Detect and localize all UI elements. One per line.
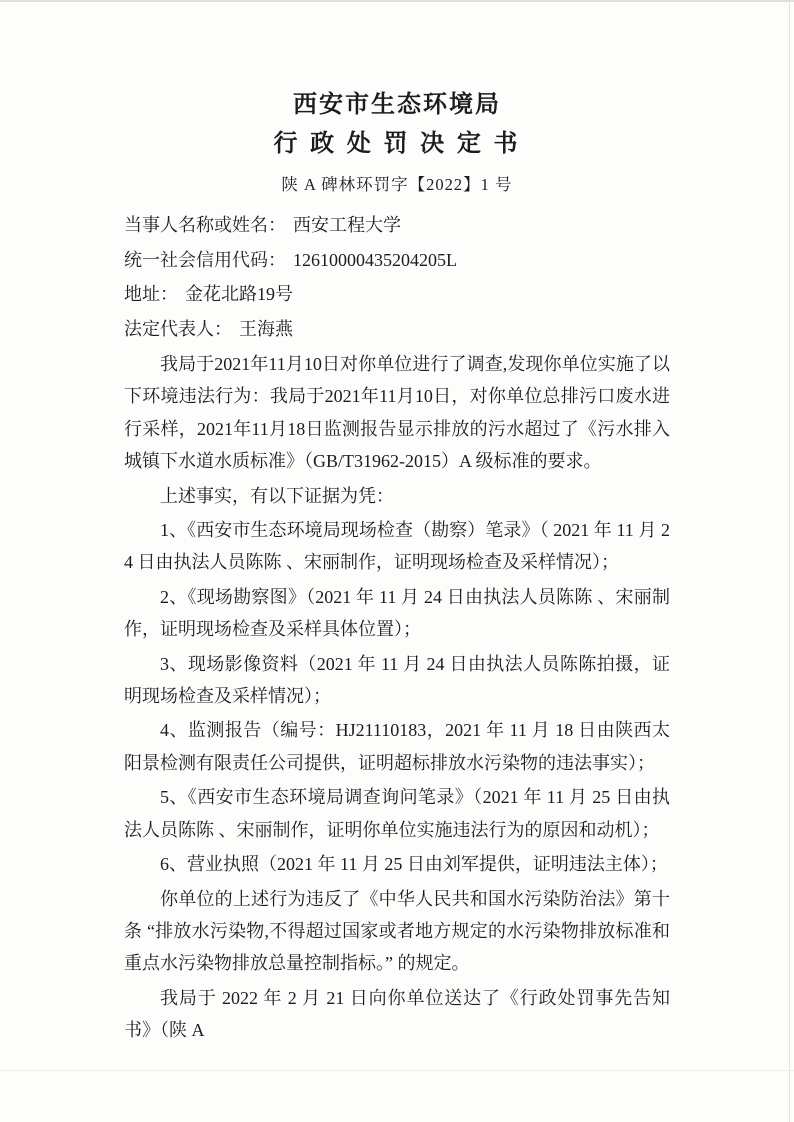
document-number: 陕 A 碑林环罚字【2022】1 号 — [0, 174, 794, 196]
document-header: 西安市生态环境局 行 政 处 罚 决 定 书 陕 A 碑林环罚字【2022】1 … — [0, 0, 794, 196]
document-body: 当事人名称或姓名：西安工程大学 统一社会信用代码：126100004352042… — [124, 208, 670, 1047]
paragraph-evidence-2: 2、《现场勘察图》（2021 年 11 月 24 日由执法人员陈陈 、宋丽制作，… — [124, 581, 670, 646]
document-paragraphs: 我局于2021年11月10日对你单位进行了调查,发现你单位实施了以下环境违法行为… — [124, 348, 670, 1047]
issuing-authority: 西安市生态环境局 — [0, 90, 794, 120]
scan-edge-right — [789, 0, 790, 1122]
field-address: 地址：金花北路19号 — [124, 277, 670, 312]
paragraph-evidence-6: 6、营业执照（2021 年 11 月 25 日由刘军提供，证明违法主体）； — [124, 848, 670, 880]
paragraph-evidence-4: 4、监测报告（编号：HJ21110183，2021 年 11 月 18 日由陕西… — [124, 714, 670, 779]
field-value: 金花北路19号 — [185, 284, 293, 304]
paragraph-evidence-5: 5、《西安市生态环境局调查询问笔录》（2021 年 11 月 25 日由执法人员… — [124, 781, 670, 846]
party-info-fields: 当事人名称或姓名：西安工程大学 统一社会信用代码：126100004352042… — [124, 208, 670, 346]
scan-edge-bottom — [0, 1070, 794, 1071]
paragraph-violation-law: 你单位的上述行为违反了《中华人民共和国水污染防治法》第十条 “排放水污染物,不得… — [124, 883, 670, 980]
document-title: 行 政 处 罚 决 定 书 — [0, 129, 794, 159]
field-value: 王海燕 — [239, 319, 293, 339]
field-label: 统一社会信用代码： — [124, 250, 286, 270]
paragraph-evidence-1: 1、《西安市生态环境局现场检查（勘察）笔录》（ 2021 年 11 月 24 日… — [124, 514, 670, 579]
field-label: 地址： — [124, 284, 178, 304]
field-label: 法定代表人： — [124, 319, 232, 339]
field-credit-code: 统一社会信用代码：12610000435204205L — [124, 243, 670, 278]
field-legal-representative: 法定代表人：王海燕 — [124, 312, 670, 347]
field-party-name: 当事人名称或姓名：西安工程大学 — [124, 208, 670, 243]
scan-edge-top — [0, 0, 794, 2]
paragraph-findings: 我局于2021年11月10日对你单位进行了调查,发现你单位实施了以下环境违法行为… — [124, 348, 670, 478]
scanned-document-page: 西安市生态环境局 行 政 处 罚 决 定 书 陕 A 碑林环罚字【2022】1 … — [0, 0, 794, 1122]
paragraph-evidence-intro: 上述事实，有以下证据为凭： — [124, 480, 670, 512]
field-value: 12610000435204205L — [293, 250, 457, 270]
paragraph-prior-notice: 我局于 2022 年 2 月 21 日向你单位送达了《行政处罚事先告知书》（陕 … — [124, 982, 670, 1047]
field-label: 当事人名称或姓名： — [124, 215, 286, 235]
field-value: 西安工程大学 — [293, 215, 401, 235]
paragraph-evidence-3: 3、现场影像资料（2021 年 11 月 24 日由执法人员陈陈拍摄，证明现场检… — [124, 648, 670, 713]
